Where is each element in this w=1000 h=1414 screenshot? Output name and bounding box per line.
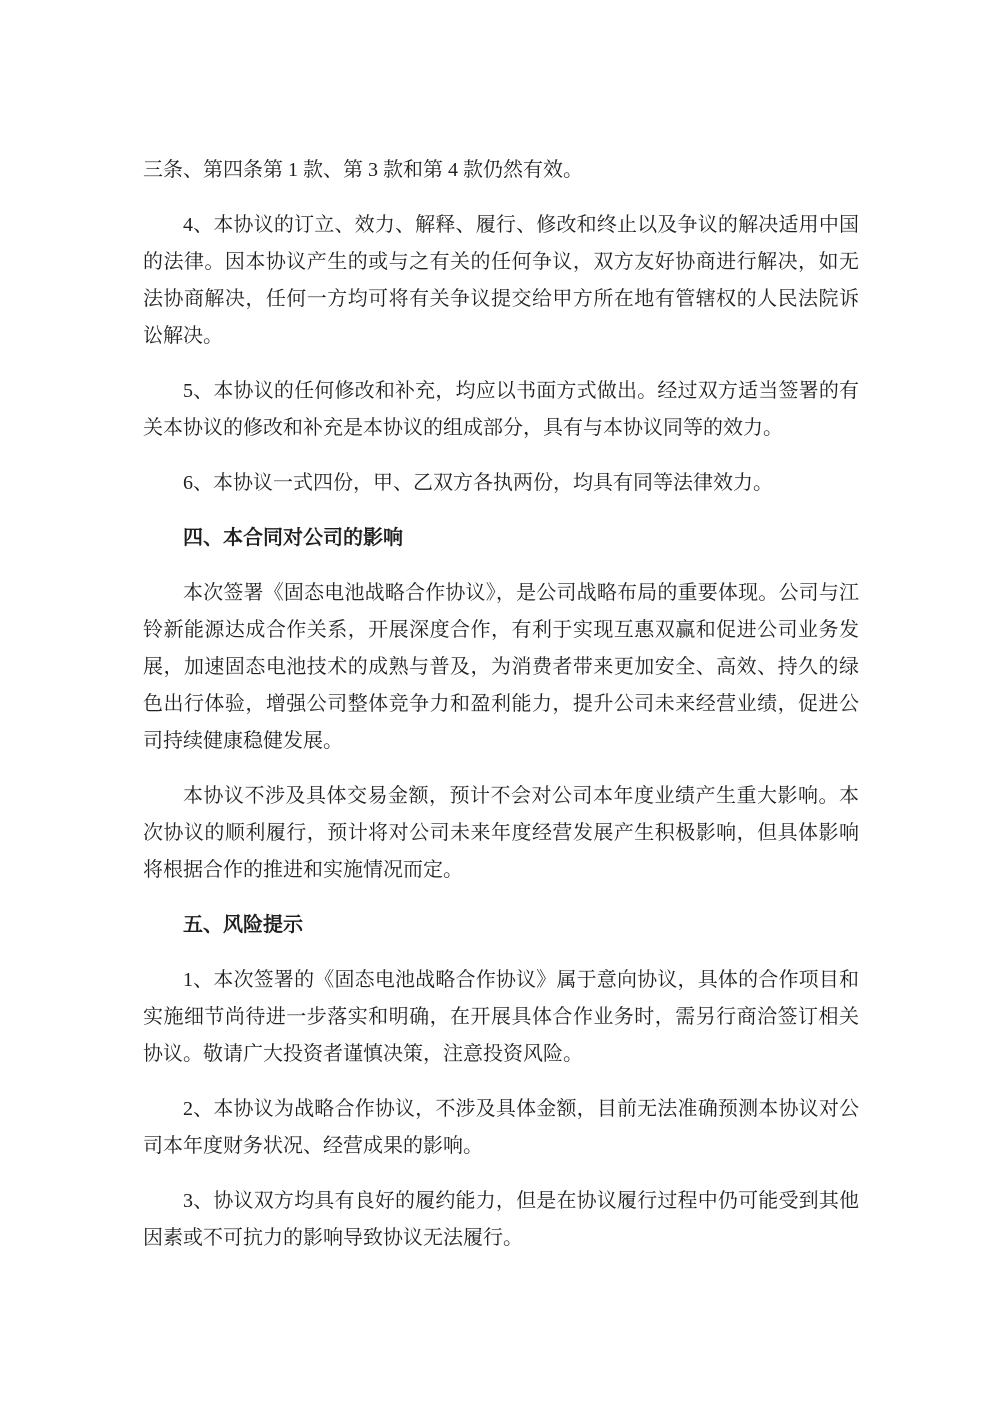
- paragraph-risk-3: 3、协议双方均具有良好的履约能力，但是在协议履行过程中仍可能受到其他因素或不可抗…: [143, 1183, 859, 1257]
- paragraph-clause-4: 4、本协议的订立、效力、解释、履行、修改和终止以及争议的解决适用中国的法律。因本…: [143, 207, 859, 355]
- paragraph-impact-1: 本次签署《固态电池战略合作协议》，是公司战略布局的重要体现。公司与江铃新能源达成…: [143, 575, 859, 760]
- section-heading-risk: 五、风险提示: [143, 907, 859, 944]
- paragraph-impact-2: 本协议不涉及具体交易金额，预计不会对公司本年度业绩产生重大影响。本次协议的顺利履…: [143, 778, 859, 889]
- paragraph-clause-6: 6、本协议一式四份，甲、乙双方各执两份，均具有同等法律效力。: [143, 465, 859, 502]
- paragraph-continuation: 三条、第四条第 1 款、第 3 款和第 4 款仍然有效。: [143, 152, 859, 189]
- section-heading-impact: 四、本合同对公司的影响: [143, 520, 859, 557]
- paragraph-clause-5: 5、本协议的任何修改和补充，均应以书面方式做出。经过双方适当签署的有关本协议的修…: [143, 373, 859, 447]
- document-page: 三条、第四条第 1 款、第 3 款和第 4 款仍然有效。 4、本协议的订立、效力…: [0, 0, 1000, 1414]
- paragraph-risk-2: 2、本协议为战略合作协议，不涉及具体金额，目前无法准确预测本协议对公司本年度财务…: [143, 1091, 859, 1165]
- paragraph-risk-1: 1、本次签署的《固态电池战略合作协议》属于意向协议，具体的合作项目和实施细节尚待…: [143, 962, 859, 1073]
